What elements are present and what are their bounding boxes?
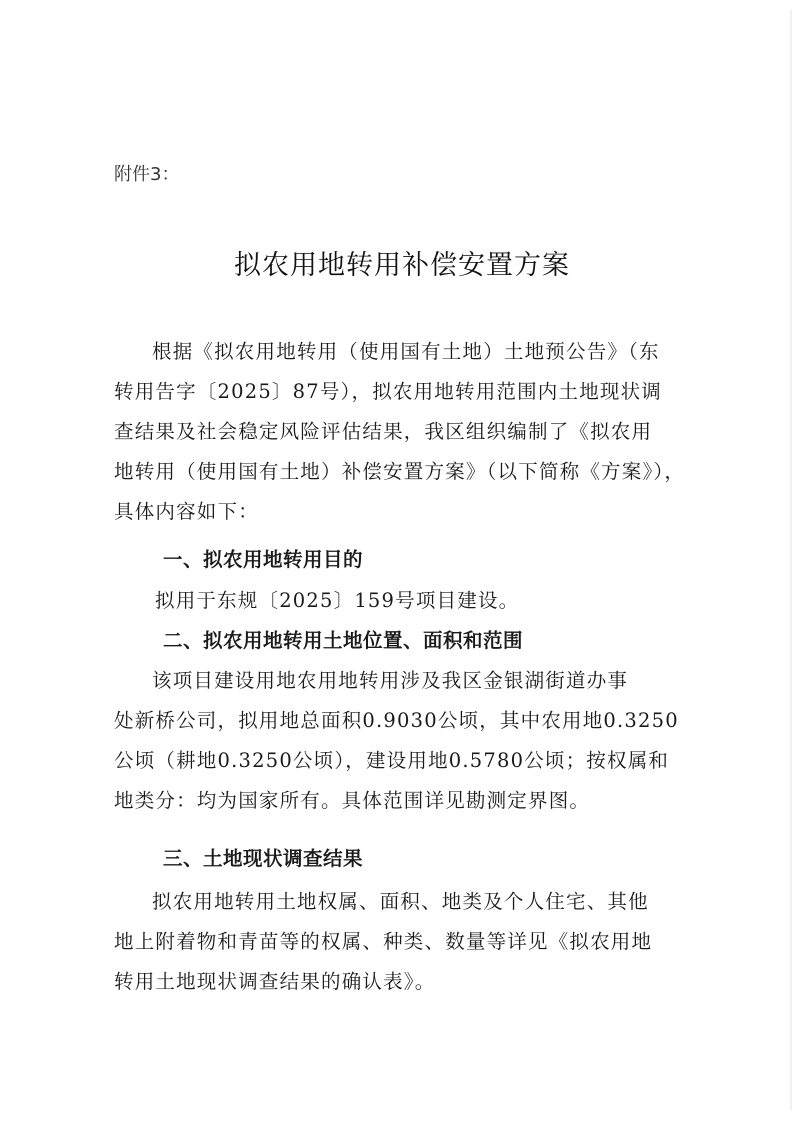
section-2-line: 该项目建设用地农用地转用涉及我区金银湖街道办事 <box>152 665 628 693</box>
section-1-heading: 一、拟农用地转用目的 <box>163 544 363 572</box>
section-3-heading: 三、土地现状调查结果 <box>163 843 363 871</box>
scan-page-edge <box>790 10 792 1110</box>
section-2-line: 公顷（耕地0.3250公顷），建设用地0.5780公顷；按权属和 <box>114 745 669 773</box>
intro-line: 转用告字〔2025〕87号），拟农用地转用范围内土地现状调 <box>114 376 662 404</box>
section-1-line: 拟用于东规〔2025〕159号项目建设。 <box>155 585 519 613</box>
intro-line: 根据《拟农用地转用（使用国有土地）土地预公告》（东 <box>152 336 660 364</box>
section-2-line: 地类分：均为国家所有。具体范围详见勘测定界图。 <box>114 785 590 813</box>
section-2-line: 处新桥公司，拟用地总面积0.9030公顷，其中农用地0.3250 <box>114 705 679 733</box>
section-3-line: 地上附着物和青苗等的权属、种类、数量等详见《拟农用地 <box>114 926 652 954</box>
attachment-label: 附件3： <box>114 160 179 186</box>
section-3-line: 拟农用地转用土地权属、面积、地类及个人住宅、其他 <box>152 886 649 914</box>
intro-line: 地转用（使用国有土地）补偿安置方案》（以下简称《方案》）， <box>114 456 685 484</box>
intro-line: 具体内容如下： <box>114 496 259 524</box>
section-2-heading: 二、拟农用地转用土地位置、面积和范围 <box>163 625 523 653</box>
intro-line: 查结果及社会稳定风险评估结果，我区组织编制了《拟农用 <box>114 416 652 444</box>
document-title: 拟农用地转用补偿安置方案 <box>0 243 794 282</box>
section-3-line: 转用土地现状调查结果的确认表》。 <box>114 966 435 994</box>
